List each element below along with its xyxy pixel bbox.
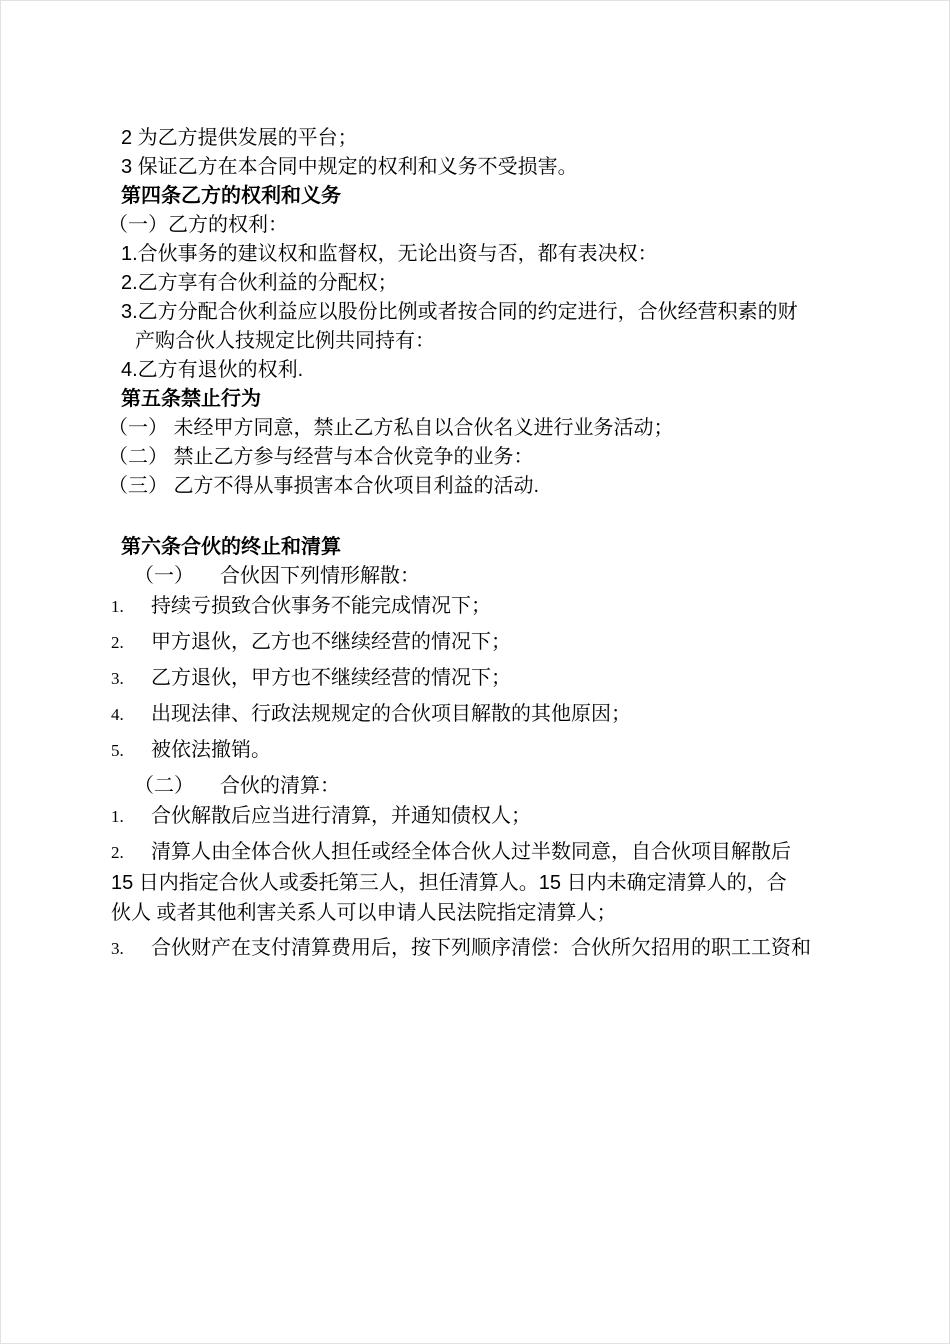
list-item: 5.被依法撤销。 [111, 735, 913, 766]
article4-item: 3.乙方分配合伙利益应以股份比例或者按合同的约定进行，合伙经营积素的财 产购合伙… [121, 298, 913, 356]
list-item-number: 1. [111, 592, 151, 622]
sub1-label: （一） [134, 565, 194, 587]
list-item-number: 2. [111, 838, 151, 868]
list-item-number: 2. [111, 628, 151, 658]
list-item-text: 乙方退伙，甲方也不继续经营的情况下； [151, 667, 511, 689]
list-item: 4.出现法律、行政法规规定的合伙项目解散的其他原因； [111, 699, 913, 730]
article4-item: 1.合伙事务的建议权和监督权，无论出资与否，都有表决权： [121, 240, 913, 269]
list-item: 3.合伙财产在支付清算费用后，按下列顺序清偿：合伙所欠招用的职工工资和 [111, 933, 913, 964]
sub2-title: 合伙的清算： [220, 775, 340, 797]
list-item-text: 合伙财产在支付清算费用后，按下列顺序清偿：合伙所欠招用的职工工资和 [151, 937, 811, 959]
list-item-text: 被依法撤销。 [151, 739, 271, 761]
dissolution-list: 1.持续亏损致合伙事务不能完成情况下； 2.甲方退伙，乙方也不继续经营的情况下；… [111, 591, 913, 766]
article5-heading: 第五条禁止行为 [121, 385, 913, 414]
list-item: 2.甲方退伙，乙方也不继续经营的情况下； [111, 627, 913, 658]
article5-item: （三） 乙方不得从事损害本合伙项目利益的活动. [108, 472, 913, 501]
intro-line: 3 保证乙方在本合同中规定的权利和义务不受损害。 [121, 153, 913, 182]
list-item-number: 3. [111, 664, 151, 694]
intro-line: 2 为乙方提供发展的平台； [121, 124, 913, 153]
list-item-text: 持续亏损致合伙事务不能完成情况下； [151, 595, 491, 617]
article4-item: 4.乙方有退伙的权利. [121, 356, 913, 385]
article6-heading: 第六条合伙的终止和清算 [121, 533, 913, 562]
sub1-title: 合伙因下列情形解散： [220, 565, 420, 587]
sub2-label: （二） [134, 775, 194, 797]
article4-item: （一）乙方的权利： [108, 211, 913, 240]
list-item: 1.持续亏损致合伙事务不能完成情况下； [111, 591, 913, 622]
contract-body: 2 为乙方提供发展的平台； 3 保证乙方在本合同中规定的权利和义务不受损害。 第… [1, 1, 949, 964]
list-item: 3.乙方退伙，甲方也不继续经营的情况下； [111, 663, 913, 694]
list-item-text: 出现法律、行政法规规定的合伙项目解散的其他原因； [151, 703, 631, 725]
document-page: 2 为乙方提供发展的平台； 3 保证乙方在本合同中规定的权利和义务不受损害。 第… [0, 0, 950, 1344]
list-item: 1.合伙解散后应当进行清算，并通知债权人； [111, 801, 913, 832]
liquidation-list: 1.合伙解散后应当进行清算，并通知债权人； 2.清算人由全体合伙人担任或经全体合… [111, 801, 913, 964]
list-item-number: 1. [111, 802, 151, 832]
list-item-number: 3. [111, 934, 151, 964]
article6-sub2-title-line: （二）合伙的清算： [134, 772, 913, 801]
list-item-text: 合伙解散后应当进行清算，并通知债权人； [151, 805, 531, 827]
list-item-number: 5. [111, 736, 151, 766]
article5-item: （一） 未经甲方同意，禁止乙方私自以合伙名义进行业务活动； [108, 414, 913, 443]
article4-heading: 第四条乙方的权利和义务 [121, 182, 913, 211]
list-item-text: 甲方退伙，乙方也不继续经营的情况下； [151, 631, 511, 653]
list-item: 2.清算人由全体合伙人担任或经全体合伙人过半数同意，自合伙项目解散后 15 日内… [111, 837, 913, 928]
article6-sub1-title-line: （一）合伙因下列情形解散： [134, 562, 913, 591]
article4-item: 2.乙方享有合伙利益的分配权； [121, 269, 913, 298]
list-item-text: 清算人由全体合伙人担任或经全体合伙人过半数同意，自合伙项目解散后 15 日内指定… [111, 841, 791, 924]
list-item-number: 4. [111, 700, 151, 730]
article5-item: （二） 禁止乙方参与经营与本合伙竞争的业务： [108, 443, 913, 472]
